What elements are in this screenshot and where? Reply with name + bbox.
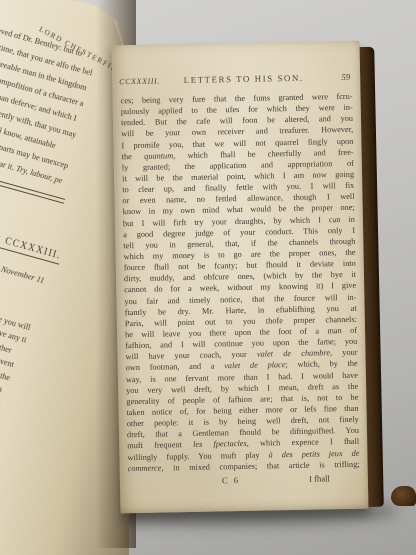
right-page-body: ces; being very fure that the fums grant… [120,91,359,474]
printer-signature-mark: C 6 [222,475,240,485]
book-title-header: LETTERS TO HIS SON. [181,73,306,85]
catchword: I fhall [309,473,330,483]
book-cover-corner [391,486,416,506]
right-running-header: CCXXXIII. LETTERS TO HIS SON. 59 [119,72,350,86]
page-number: 59 [306,72,350,83]
signature-line: C 6 I fhall [128,473,360,487]
letter-heading: LETTER CCXXXIII. [0,222,62,264]
left-page-body-bottom: ORE you get to Paris, where you willour … [0,288,91,534]
photo-of-open-book: LORD CHESTERFIELD'S believed of Dr. Bent… [0,0,416,555]
right-page: CCXXXIII. LETTERS TO HIS SON. 59 ces; be… [112,41,369,514]
letter-number-header: CCXXXIII. [119,76,181,86]
